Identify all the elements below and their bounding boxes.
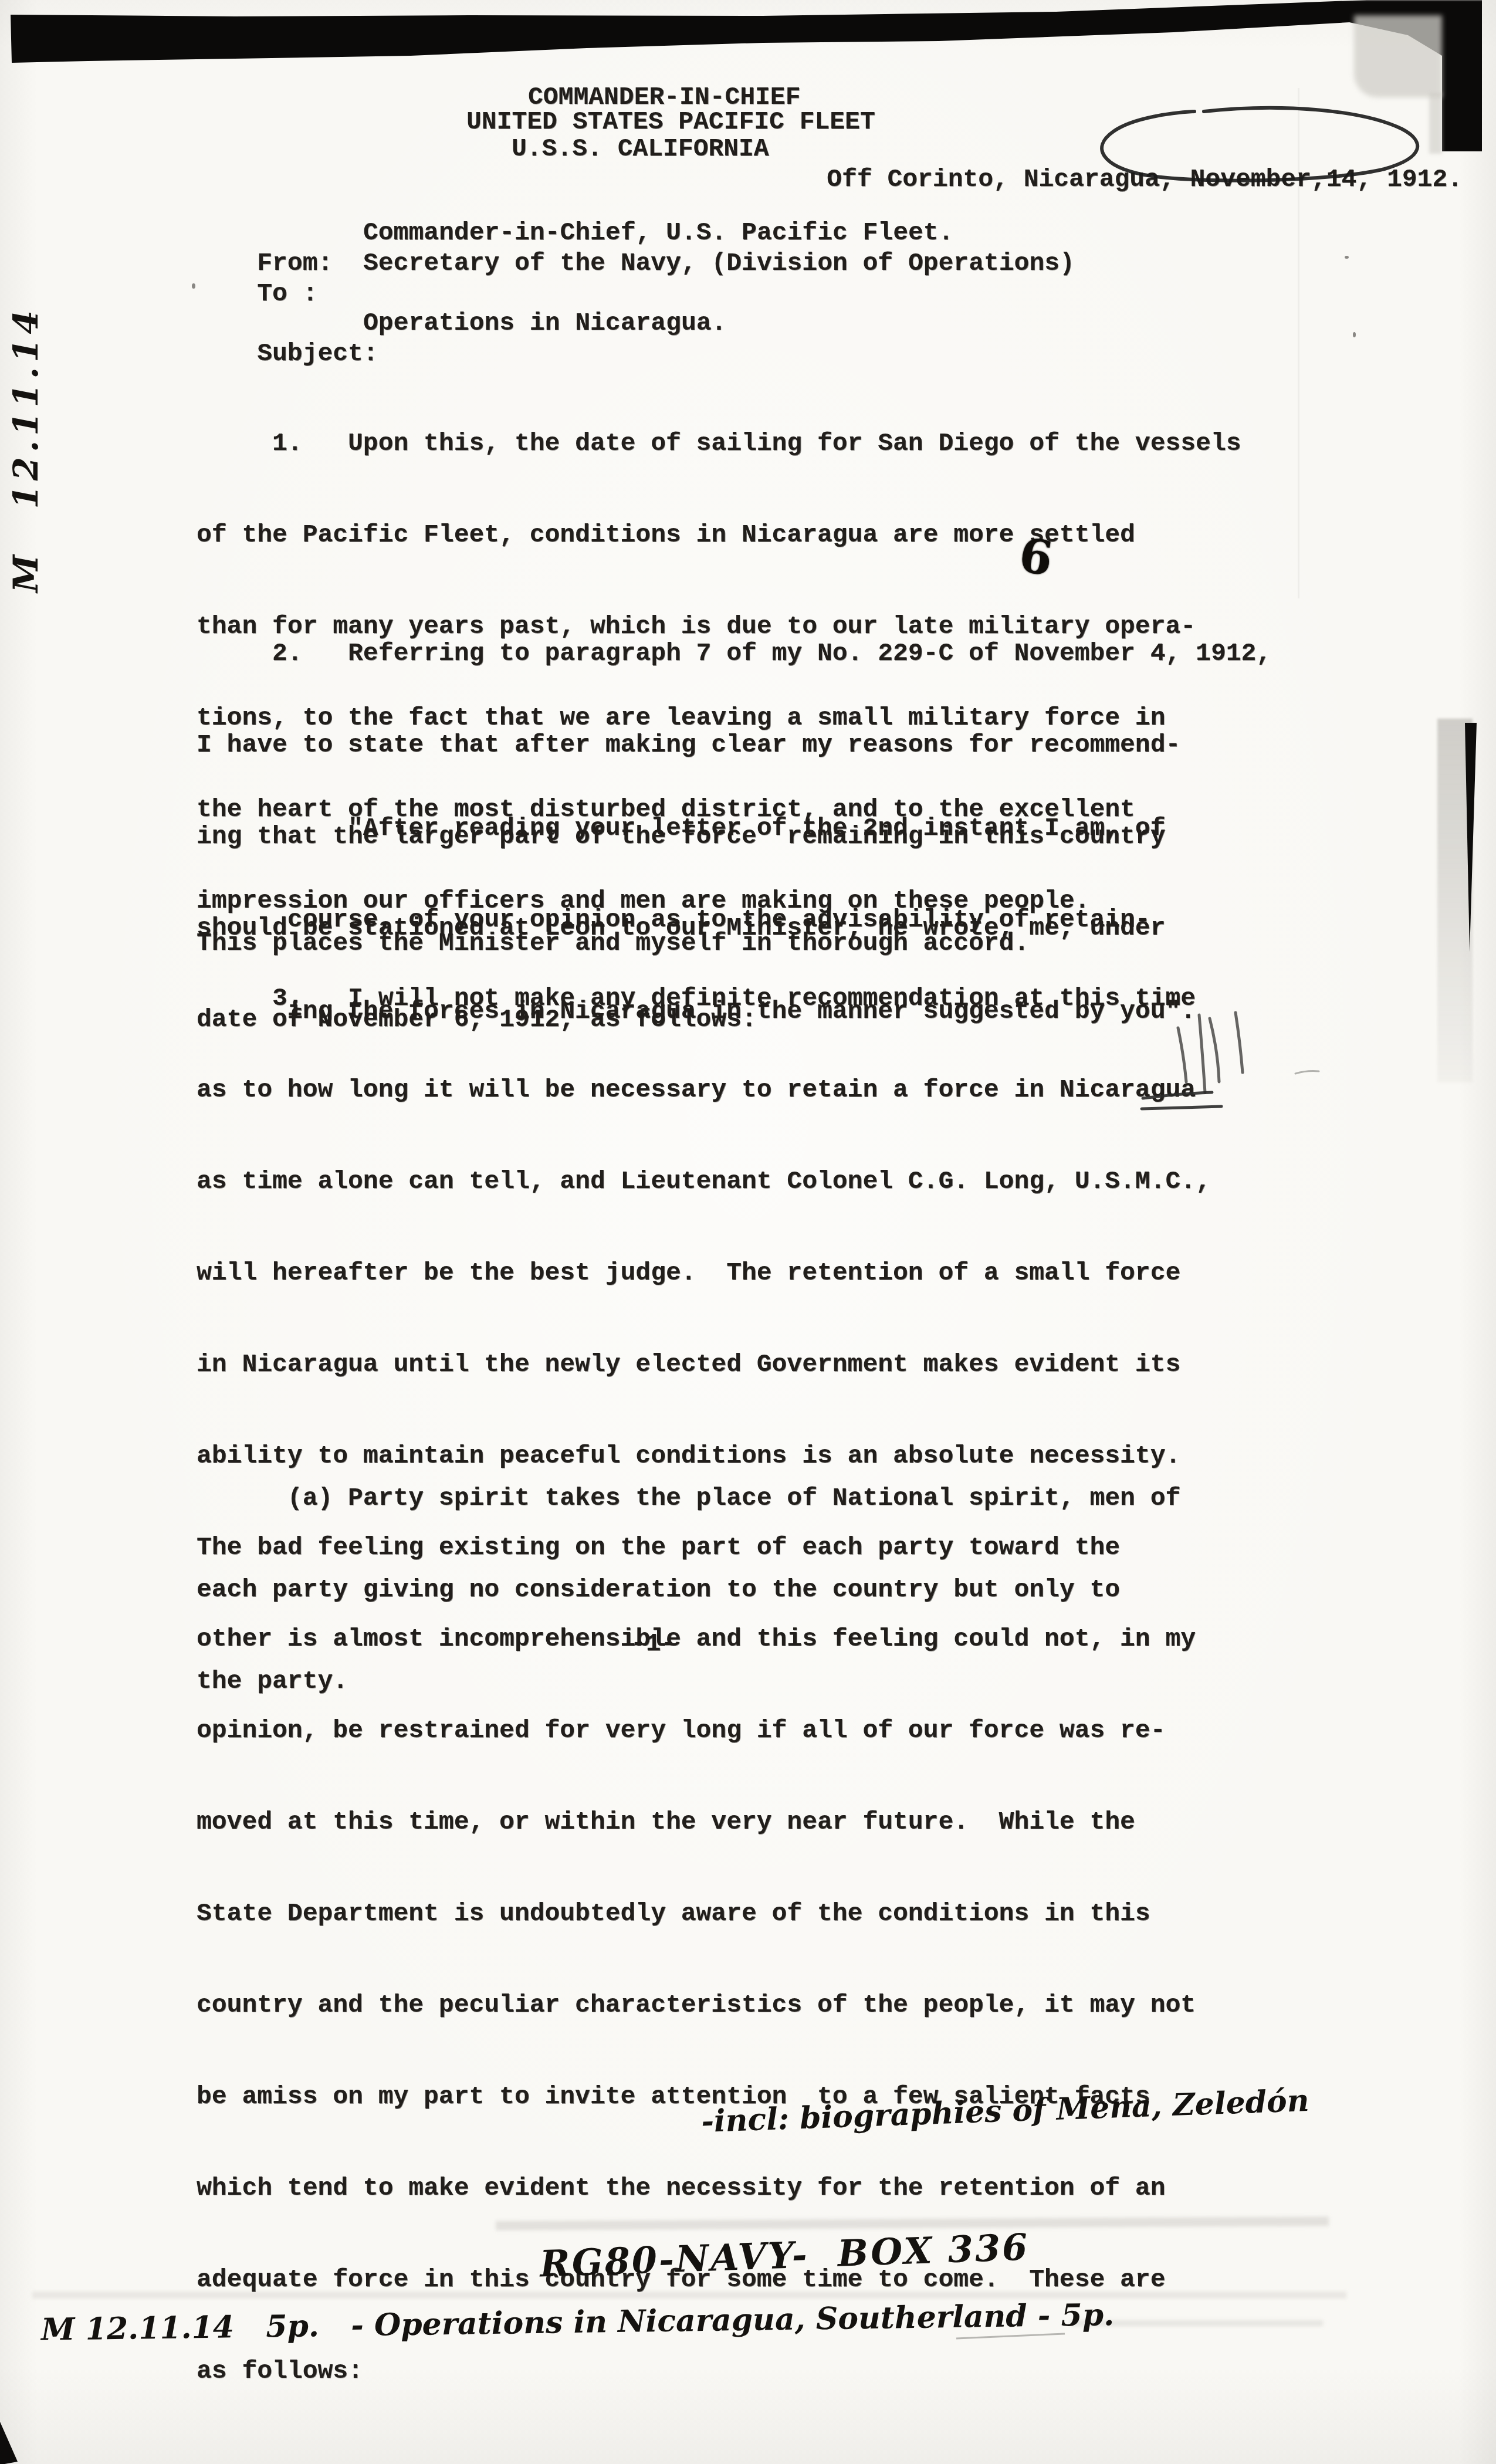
ink-speck xyxy=(192,283,195,289)
typewritten-line: which tend to make evident the necessity… xyxy=(197,2173,1211,2204)
typewritten-line: "After reading your letter of the 2nd in… xyxy=(197,813,1196,844)
letterhead-ship-line: U.S.S. CALIFORNIA xyxy=(512,73,769,225)
typewritten-line: (a) Party spirit takes the place of Nati… xyxy=(197,1483,1180,1514)
typewritten-line: as follows: xyxy=(197,2356,1211,2387)
from-value: Commander-in-Chief, U.S. Pacific Fleet. xyxy=(363,218,953,248)
scan-corner-shadow xyxy=(1354,15,1442,97)
typewritten-line: as to how long it will be necessary to r… xyxy=(197,1075,1211,1105)
margin-pencil-dash xyxy=(1295,1071,1319,1074)
scan-corner-shadow xyxy=(1429,93,1442,154)
typewritten-line: 1. Upon this, the date of sailing for Sa… xyxy=(197,428,1241,459)
to-value: Secretary of the Navy, (Division of Oper… xyxy=(363,248,1075,279)
subject-value: Operations in Nicaragua. xyxy=(363,308,726,339)
dateline-date-circled: November,14, 1912. xyxy=(1190,165,1463,194)
page-number: -1- xyxy=(631,1568,691,1720)
subject-label: Subject: xyxy=(257,339,378,368)
typewritten-line: moved at this time, or within the very n… xyxy=(197,1807,1211,1837)
typewritten-line: country and the peculiar characteristics… xyxy=(197,1990,1211,2020)
ink-speck xyxy=(1345,256,1349,259)
typewritten-line: of the Pacific Fleet, conditions in Nica… xyxy=(197,520,1241,550)
typewritten-line: State Department is undoubtedly aware of… xyxy=(197,1898,1211,1929)
dateline: Off Corinto, Nicaragua, November,14, 191… xyxy=(766,134,1463,225)
scan-edge-smudge xyxy=(1437,719,1473,1082)
ink-speck xyxy=(1353,332,1356,337)
typewritten-line: as time alone can tell, and Lieutenant C… xyxy=(197,1166,1211,1197)
typewritten-line: in Nicaragua until the newly elected Gov… xyxy=(197,1349,1211,1380)
scanned-document-page: COMMANDER-IN-CHIEF UNITED STATES PACIFIC… xyxy=(0,0,1496,2464)
typewritten-line: will hereafter be the best judge. The re… xyxy=(197,1258,1211,1288)
typewritten-line: 2. Referring to paragraph 7 of my No. 22… xyxy=(197,638,1271,669)
typewritten-line: 3. I will not make any definite recommen… xyxy=(197,983,1211,1014)
scan-corner-wedge xyxy=(0,2422,18,2464)
dateline-place: Off Corinto, Nicaragua, xyxy=(827,165,1190,194)
handwritten-margin-note-vertical: M 12.11.14 xyxy=(6,282,65,593)
to-label: To : xyxy=(257,279,317,308)
